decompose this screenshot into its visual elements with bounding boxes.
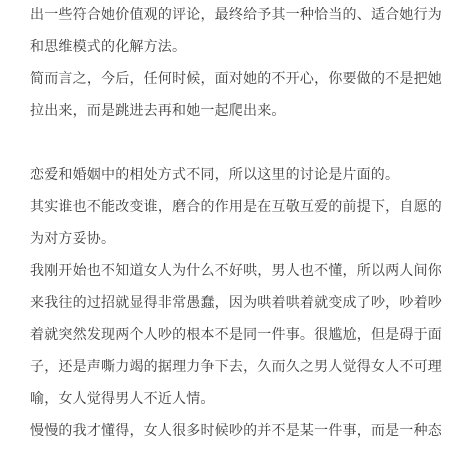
text-line: 我刚开始也不知道女人为什么不好哄，男人也不懂，所以两人间你 [30, 256, 442, 288]
text-line: 喻，女人觉得男人不近人情。 [30, 384, 442, 416]
text-line: 简而言之，今后，任何时候，面对她的不开心，你要做的不是把她 [30, 64, 442, 96]
blank-line [30, 128, 442, 160]
text-line: 其实谁也不能改变谁，磨合的作用是在互敬互爱的前提下，自愿的 [30, 192, 442, 224]
text-line: 来我往的过招就显得非常愚蠢，因为哄着哄着就变成了吵，吵着吵 [30, 288, 442, 320]
text-line: 出一些符合她价值观的评论，最终给予其一种恰当的、适合她行为 [30, 0, 442, 32]
text-line: 和思维模式的化解方法。 [30, 32, 442, 64]
text-line: 恋爱和婚姻中的相处方式不同，所以这里的讨论是片面的。 [30, 160, 442, 192]
text-line: 为对方妥协。 [30, 224, 442, 256]
text-block: 出一些符合她价值观的评论，最终给予其一种恰当的、适合她行为 和思维模式的化解方法… [30, 0, 442, 448]
text-line: 拉出来，而是跳进去再和她一起爬出来。 [30, 96, 442, 128]
text-line: 子，还是声嘶力竭的据理力争下去，久而久之男人觉得女人不可理 [30, 352, 442, 384]
document-page: 出一些符合她价值观的评论，最终给予其一种恰当的、适合她行为 和思维模式的化解方法… [0, 0, 472, 450]
text-line: 着就突然发现两个人吵的根本不是同一件事。很尴尬，但是碍于面 [30, 320, 442, 352]
text-line: 慢慢的我才懂得，女人很多时候吵的并不是某一件事，而是一种态 [30, 416, 442, 448]
